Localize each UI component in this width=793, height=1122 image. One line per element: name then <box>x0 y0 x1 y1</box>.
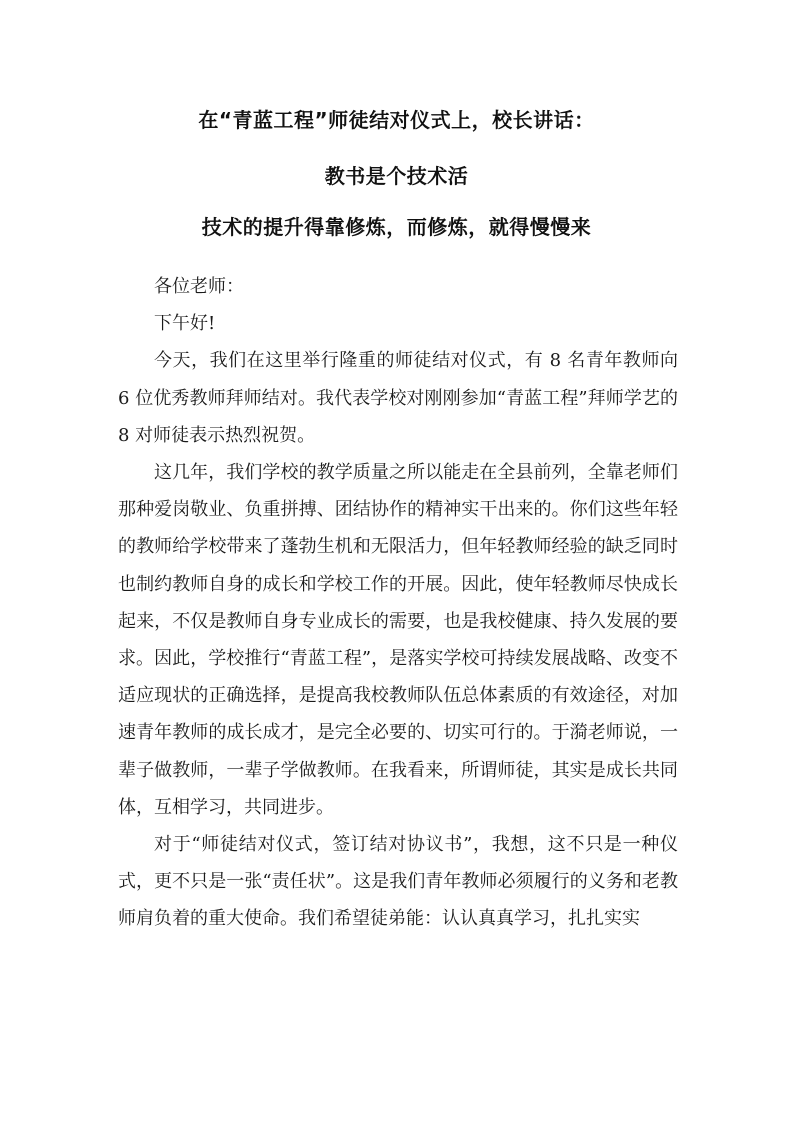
title-line-3: 技术的提升得靠修炼，而修炼，就得慢慢来 <box>0 211 793 240</box>
paragraph-ceremony: 今天，我们在这里举行隆重的师徒结对仪式，有 8 名青年教师向 6 位优秀教师拜师… <box>118 342 678 454</box>
title-line-2: 教书是个技术活 <box>0 160 793 189</box>
document-page: 在“青蓝工程”师徒结对仪式上，校长讲话： 教书是个技术活 技术的提升得靠修炼，而… <box>0 0 793 1122</box>
salutation: 各位老师： <box>118 268 678 305</box>
document-body: 各位老师： 下午好! 今天，我们在这里举行隆重的师徒结对仪式，有 8 名青年教师… <box>118 268 678 938</box>
greeting: 下午好! <box>118 305 678 342</box>
title-line-1: 在“青蓝工程”师徒结对仪式上，校长讲话： <box>0 104 793 133</box>
paragraph-school-quality: 这几年，我们学校的教学质量之所以能走在全县前列，全靠老师们那种爱岗敬业、负重拼搏… <box>118 454 678 826</box>
paragraph-agreement: 对于“师徒结对仪式，签订结对协议书”，我想，这不只是一种仪式，更不只是一张“责任… <box>118 826 678 938</box>
